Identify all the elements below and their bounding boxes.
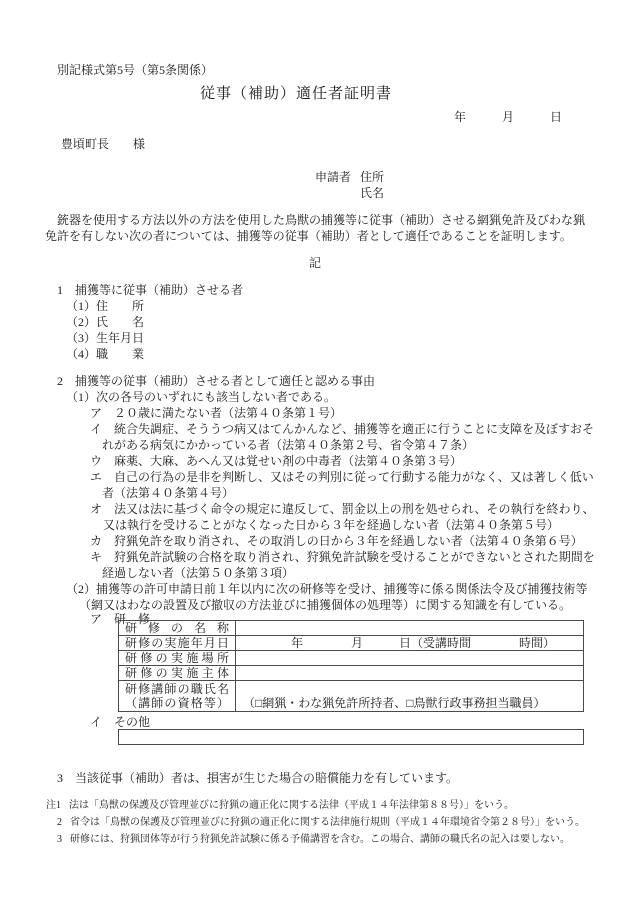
note-number: 注1	[46, 800, 61, 811]
training-table: 研修の名称 研修の実施年月日 年 月 日（受講時間 時間） 研修の実施場所 研修…	[118, 620, 584, 712]
section-1-item-address: （1）住 所	[66, 298, 144, 314]
row-label: 研修の実施主体	[119, 666, 236, 680]
row-label: 研修講師の職氏名 （講師の資格等）	[119, 681, 236, 711]
document-page: 別記様式第5号（第5条関係） 従事（補助）適任者証明書 年 月 日 豊頃町長様 …	[0, 0, 630, 903]
note-number: 2	[57, 817, 62, 828]
note-2: 2省令は「鳥獣の保護及び管理並びに狩猟の適正化に関する法律施行規則（平成１４年環…	[57, 816, 585, 829]
row-label-line1: 研修講師の職氏名	[125, 682, 229, 696]
section-1-item-birthdate: （3）生年月日	[66, 330, 144, 346]
row-label: 研修の実施年月日	[119, 636, 236, 650]
section-2-sub2-line1: （2）捕獲等の許可申請日前１年以内に次の研修等を受け、捕獲等に係る関係法令及び捕…	[66, 581, 588, 597]
clause-ki-line1: キ 狩猟免許試験の合格を取り消され、狩猟免許試験を受けることができないとされた期…	[90, 549, 595, 565]
addressee: 豊頃町長	[61, 137, 109, 151]
section-2-sub1-heading: （1）次の各号のいずれにも該当しない者である。	[66, 389, 336, 405]
section-1-item-occupation: （4）職 業	[66, 346, 144, 362]
intro-line-1: 銃器を使用する方法以外の方法を使用した鳥獣の捕獲等に従事（補助）させる網猟免許及…	[57, 212, 585, 228]
table-row-training-organizer: 研修の実施主体	[119, 666, 583, 681]
note-number: 3	[57, 834, 62, 845]
table-row-training-place: 研修の実施場所	[119, 651, 583, 666]
section-2-heading: 2 捕獲等の従事（補助）させる者として適任と認める事由	[57, 373, 375, 389]
honorific: 様	[133, 137, 145, 151]
note-3: 3研修には、狩猟団体等が行う狩猟免許試験に係る予備講習を含む。この場合、講師の職…	[57, 833, 570, 846]
note-text: 省令は「鳥獣の保護及び管理並びに狩猟の適正化に関する法律施行規則（平成１４年環境…	[70, 817, 585, 828]
applicant-address-label: 住所	[360, 170, 384, 184]
clause-ka: カ 狩猟免許を取り消され、その取消しの日から３年を経過しない者（法第４０条第６号…	[90, 533, 583, 549]
record-marker: 記	[0, 255, 630, 271]
other-input-box	[118, 729, 584, 745]
note-1: 注1法は「鳥獣の保護及び管理並びに狩猟の適正化に関する法律（平成１４年法律第８８…	[46, 799, 514, 812]
date-line: 年 月 日	[0, 109, 562, 125]
section-1-heading: 1 捕獲等に従事（補助）させる者	[57, 282, 243, 298]
section-1-item-name: （2）氏 名	[66, 314, 144, 330]
section-3-heading: 3 当該従事（補助）者は、損害が生じた場合の賠償能力を有しています。	[57, 770, 458, 786]
table-row-instructor: 研修講師の職氏名 （講師の資格等） （□網猟・わな猟免許所持者、□鳥獣行政事務担…	[119, 681, 583, 711]
section-2-sub2-line2: （網又はわなの設置及び撤収の方法並びに捕獲個体の処理等）に関する知識を有している…	[79, 597, 571, 613]
intro-line-2: 免許を有しない次の者については、捕獲等の従事（補助）者として適任であることを証明…	[45, 228, 572, 244]
row-label-line2: （講師の資格等）	[125, 696, 229, 710]
row-label: 研修の実施場所	[119, 651, 236, 665]
addressee-line: 豊頃町長様	[61, 136, 145, 152]
row-label: 研修の名称	[119, 621, 236, 635]
clause-o-line2: 又は執行を受けることがなくなった日から３年を経過しない者（法第４０条第５号）	[103, 517, 559, 533]
clause-e-line1: エ 自己の行為の是非を判断し、又はその判別に従って行動する能力がなく、又は著しく…	[90, 469, 594, 485]
clause-e-line2: 者（法第４０条第４号）	[102, 485, 234, 501]
note-text: 法は「鳥獣の保護及び管理並びに狩猟の適正化に関する法律（平成１４年法律第８８号）…	[69, 800, 514, 811]
row-value	[236, 621, 583, 635]
row-value	[236, 651, 583, 665]
clause-a: ア ２０歳に満たない者（法第４０条第１号）	[90, 405, 342, 421]
clause-u: ウ 麻薬、大麻、あへん又は覚せい剤の中毒者（法第４０条第３号）	[90, 453, 462, 469]
other-label: イ その他	[90, 714, 150, 730]
table-row-training-date: 研修の実施年月日 年 月 日（受講時間 時間）	[119, 636, 583, 651]
form-reference: 別記様式第5号（第5条関係）	[57, 62, 213, 78]
row-value-checkboxes: （□網猟・わな猟免許所持者、□鳥獣行政事務担当職員）	[236, 681, 583, 711]
clause-o-line1: オ 法又は法に基づく命令の規定に違反して、罰金以上の刑を処せられ、その執行を終わ…	[90, 501, 594, 517]
applicant-name-label: 氏名	[360, 185, 384, 201]
row-value: 年 月 日（受講時間 時間）	[236, 636, 583, 650]
row-value	[236, 666, 583, 680]
applicant-label: 申請者	[315, 170, 351, 184]
clause-i-line1: イ 統合失調症、そううつ病又はてんかんなど、捕獲等を適正に行うことに支障を及ぼす…	[90, 421, 594, 437]
table-row-training-name: 研修の名称	[119, 621, 583, 636]
note-text: 研修には、狩猟団体等が行う狩猟免許試験に係る予備講習を含む。この場合、講師の職氏…	[70, 834, 570, 845]
applicant-address-row: 申請者住所	[315, 169, 384, 185]
clause-i-line2: れがある病気にかかっている者（法第４０条第２号、省令第４７条）	[102, 437, 474, 453]
document-title: 従事（補助）適任者証明書	[0, 86, 592, 102]
clause-ki-line2: 経過しない者（法第５０条第３項）	[102, 565, 294, 581]
